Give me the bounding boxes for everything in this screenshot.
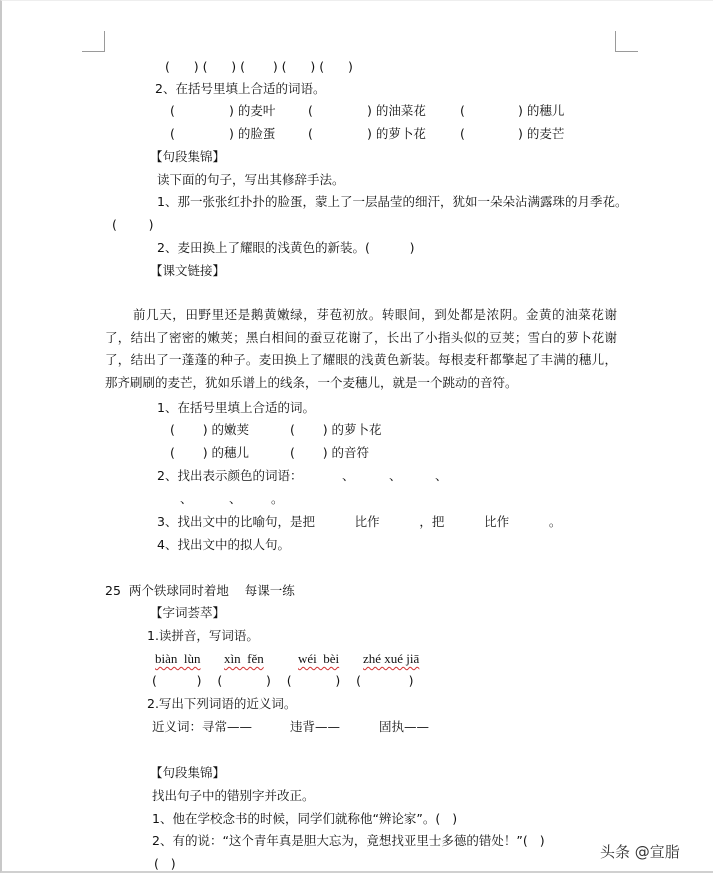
separator: 。	[271, 491, 284, 507]
question-title: 2、在括号里填上合适的词语。	[155, 81, 325, 97]
blank-open: (	[460, 126, 465, 142]
question-title: 2、找出表示颜色的词语：	[157, 468, 302, 484]
fill-item: ( ) 的萝卜花	[290, 422, 382, 438]
blank-row: ( ) ( ) ( ) ( ) ( )	[165, 59, 353, 75]
document-page: ( ) ( ) ( ) ( ) ( ) 2、在括号里填上合适的词语。 ( ) 的…	[0, 0, 713, 873]
question-title: 4、找出文中的拟人句。	[157, 537, 290, 553]
crop-mark-top-left	[82, 31, 105, 52]
separator: 、	[342, 468, 355, 484]
blank-row: ( ) ( ) ( ) ( )	[152, 673, 414, 689]
pinyin-word: zhé xué jiā	[363, 651, 419, 667]
fill-item: ) 的脸蛋	[229, 126, 275, 142]
answer-blank: ( )	[154, 856, 176, 872]
section-heading: 【句段集锦】	[150, 765, 225, 781]
fill-item: ) 的穗儿	[518, 103, 564, 119]
fill-item: ) 的麦叶	[229, 103, 275, 119]
fill-item: ) 的萝卜花	[367, 126, 426, 142]
separator: 、	[180, 491, 193, 507]
fill-item: ( ) 的嫩荚	[170, 422, 249, 438]
synonym-item: 固执——	[379, 719, 429, 735]
synonym-label: 近义词：	[152, 719, 202, 735]
watermark: 头条 @宣脂	[600, 841, 680, 862]
fill-item: ( ) 的穗儿	[170, 445, 249, 461]
separator: 、	[229, 491, 242, 507]
question-title: 1.读拼音，写词语。	[147, 628, 259, 644]
blank-open: (	[170, 103, 175, 119]
crop-mark-top-right	[615, 31, 638, 52]
pinyin-word: biàn lùn	[155, 651, 201, 667]
answer-blank: ( )	[112, 217, 154, 233]
blank-open: (	[308, 103, 313, 119]
synonym-item: 违背——	[290, 719, 340, 735]
passage: 前几天，田野里还是鹅黄嫩绿，芽苞初放。转眼间，到处都是浓阴。金黄的油菜花谢了，结…	[105, 304, 617, 394]
synonym-item: 寻常——	[202, 719, 252, 735]
question-title: 2.写出下列词语的近义词。	[147, 696, 296, 712]
pinyin-word: wéi bèi	[298, 651, 339, 667]
question-item: 2、麦田换上了耀眼的浅黄色的新装。( )	[157, 240, 414, 256]
question-item: 1、他在学校念书的时候，同学们就称他“辨论家”。( )	[152, 811, 457, 827]
section-heading: 【句段集锦】	[150, 149, 225, 165]
fill-item: ( ) 的音符	[290, 445, 369, 461]
blank-open: (	[308, 126, 313, 142]
instruction: 读下面的句子，写出其修辞手法。	[157, 172, 345, 188]
fill-item: ) 的油菜花	[367, 103, 426, 119]
pinyin-word: xìn fěn	[224, 651, 264, 667]
section-heading: 【课文链接】	[150, 263, 225, 279]
question-item: 1、那一张张红扑扑的脸蛋，蒙上了一层晶莹的细汗，犹如一朵朵沾满露珠的月季花。	[157, 194, 627, 210]
blank-open: (	[170, 126, 175, 142]
separator: 、	[389, 468, 402, 484]
question-title: 3、找出文中的比喻句，是把 比作 ，把 比作 。	[157, 514, 561, 530]
separator: 、	[435, 468, 448, 484]
fill-item: ) 的麦芒	[518, 126, 564, 142]
blank-open: (	[460, 103, 465, 119]
question-item: 2、有的说：“这个青年真是胆大忘为，竟想找亚里士多德的错处！”( )	[152, 833, 545, 849]
section-heading: 【字词荟萃】	[150, 605, 225, 621]
lesson-title: 25 两个铁球同时着地 每课一练	[105, 583, 295, 599]
question-title: 1、在括号里填上合适的词。	[157, 400, 315, 416]
instruction: 找出句子中的错别字并改正。	[152, 788, 315, 804]
